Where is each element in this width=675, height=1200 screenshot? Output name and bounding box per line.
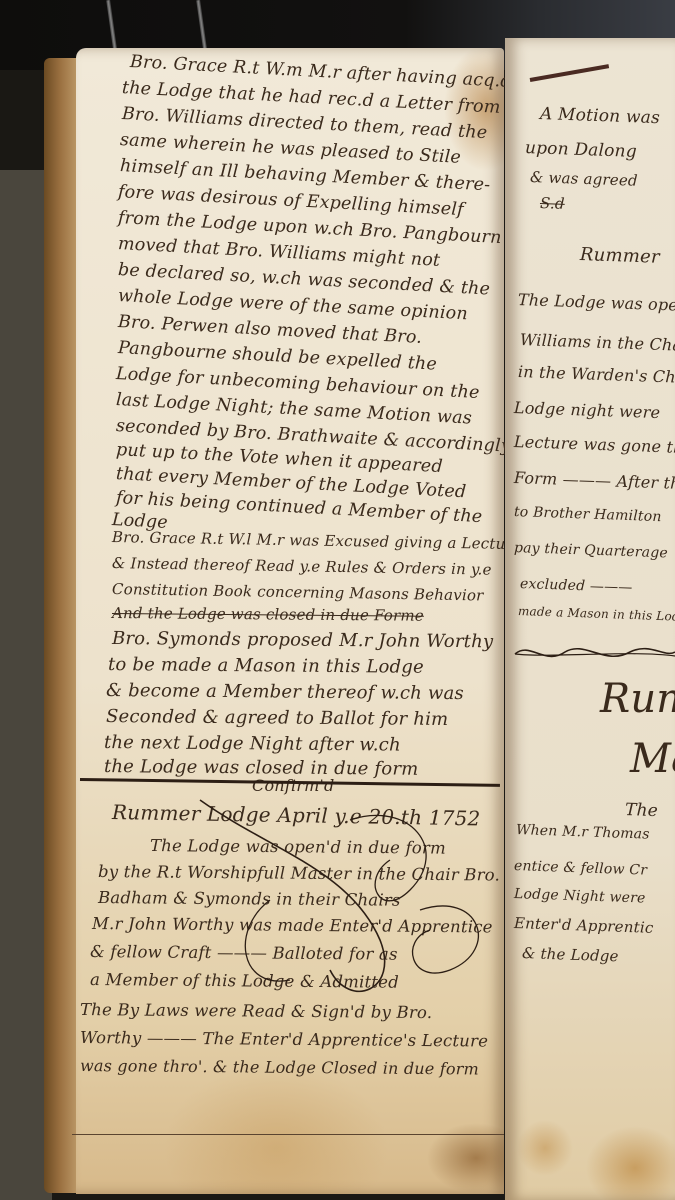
pen-flourish-icon bbox=[150, 790, 510, 1030]
manuscript-line: Worthy ——— The Enter'd Apprentice's Lect… bbox=[80, 1028, 488, 1051]
large-heading-text: Ma bbox=[630, 736, 675, 782]
manuscript-line: & the Lodge bbox=[522, 944, 619, 965]
manuscript-line: Bro. Symonds proposed M.r John Worthy bbox=[112, 628, 493, 652]
manuscript-line: A Motion was bbox=[540, 104, 661, 128]
divider-flourish-icon bbox=[510, 636, 675, 672]
manuscript-line: Seconded & agreed to Ballot for him bbox=[106, 706, 449, 730]
manuscript-line: The bbox=[625, 800, 659, 821]
manuscript-line: the next Lodge Night after w.ch bbox=[104, 732, 401, 756]
manuscript-line: to be made a Mason in this Lodge bbox=[108, 654, 424, 678]
closing-rule bbox=[72, 1134, 504, 1135]
manuscript-line: upon Dalong bbox=[525, 138, 638, 162]
manuscript-line: & was agreed bbox=[530, 168, 638, 190]
large-heading-text: Rum bbox=[600, 676, 675, 722]
struck-through-line: And the Lodge was closed in due Forme bbox=[112, 604, 424, 625]
struck-through-line: S.d bbox=[540, 194, 565, 213]
manuscript-line: & become a Member thereof w.ch was bbox=[106, 680, 464, 704]
manuscript-line: was gone thro'. & the Lodge Closed in du… bbox=[80, 1056, 479, 1078]
entry-heading: Rummer bbox=[580, 244, 660, 268]
